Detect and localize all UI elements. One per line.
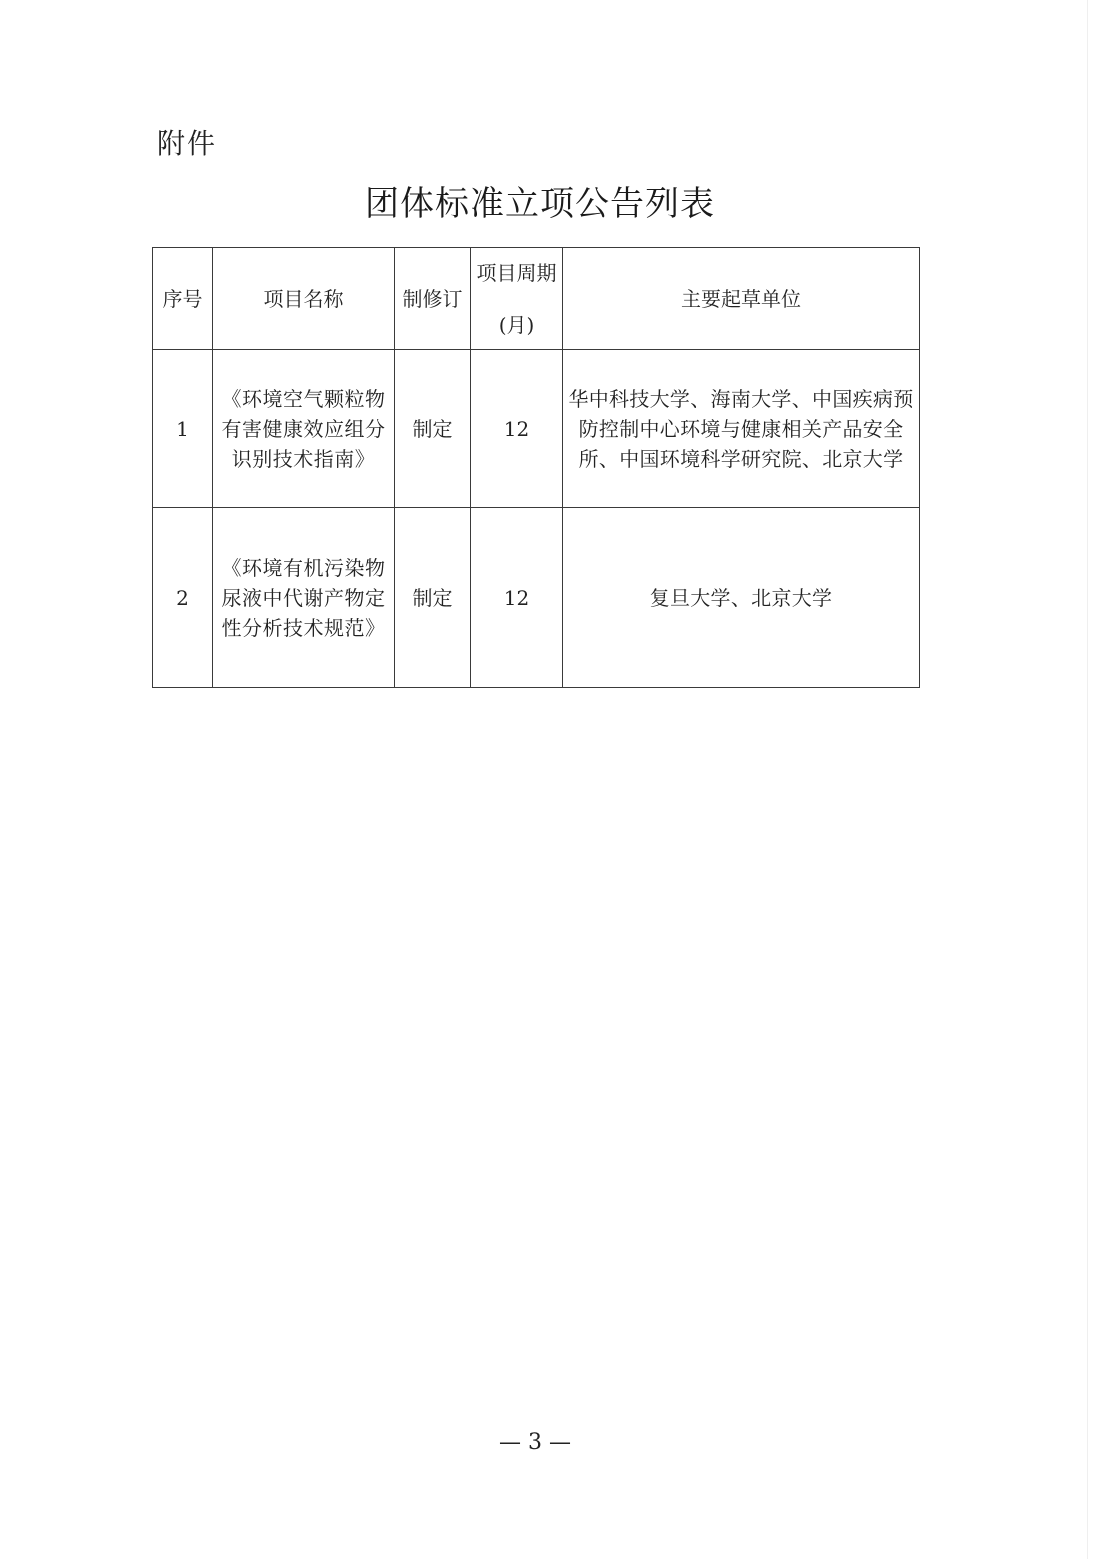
cell-type: 制定 — [395, 508, 471, 688]
cell-units: 复旦大学、北京大学 — [563, 508, 920, 688]
cell-name: 《环境有机污染物尿液中代谢产物定性分析技术规范》 — [213, 508, 395, 688]
header-units: 主要起草单位 — [563, 248, 920, 350]
header-type: 制修订 — [395, 248, 471, 350]
document-title-text: 团体标准立项公告列表 — [365, 176, 715, 225]
cell-type: 制定 — [395, 350, 471, 508]
document-title: 团体标准立项公告列表 — [0, 176, 1080, 225]
attachment-label: 附件 — [157, 122, 217, 162]
header-period-unit: (月) — [475, 308, 558, 342]
table-row: 1 《环境空气颗粒物有害健康效应组分识别技术指南》 制定 12 华中科技大学、海… — [153, 350, 920, 508]
cell-period: 12 — [471, 508, 563, 688]
header-period: 项目周期 (月) — [471, 248, 563, 350]
header-period-label: 项目周期 — [475, 256, 558, 290]
page-number: — 3 — — [0, 1430, 1070, 1455]
page-edge — [1087, 0, 1088, 1559]
cell-units: 华中科技大学、海南大学、中国疾病预防控制中心环境与健康相关产品安全所、中国环境科… — [563, 350, 920, 508]
header-seq: 序号 — [153, 248, 213, 350]
standards-table: 序号 项目名称 制修订 项目周期 (月) 主要起草单位 1 《环境空气颗粒物有害… — [152, 247, 920, 688]
table-header-row: 序号 项目名称 制修订 项目周期 (月) 主要起草单位 — [153, 248, 920, 350]
cell-period: 12 — [471, 350, 563, 508]
cell-name: 《环境空气颗粒物有害健康效应组分识别技术指南》 — [213, 350, 395, 508]
cell-seq: 1 — [153, 350, 213, 508]
header-name: 项目名称 — [213, 248, 395, 350]
table-row: 2 《环境有机污染物尿液中代谢产物定性分析技术规范》 制定 12 复旦大学、北京… — [153, 508, 920, 688]
cell-seq: 2 — [153, 508, 213, 688]
